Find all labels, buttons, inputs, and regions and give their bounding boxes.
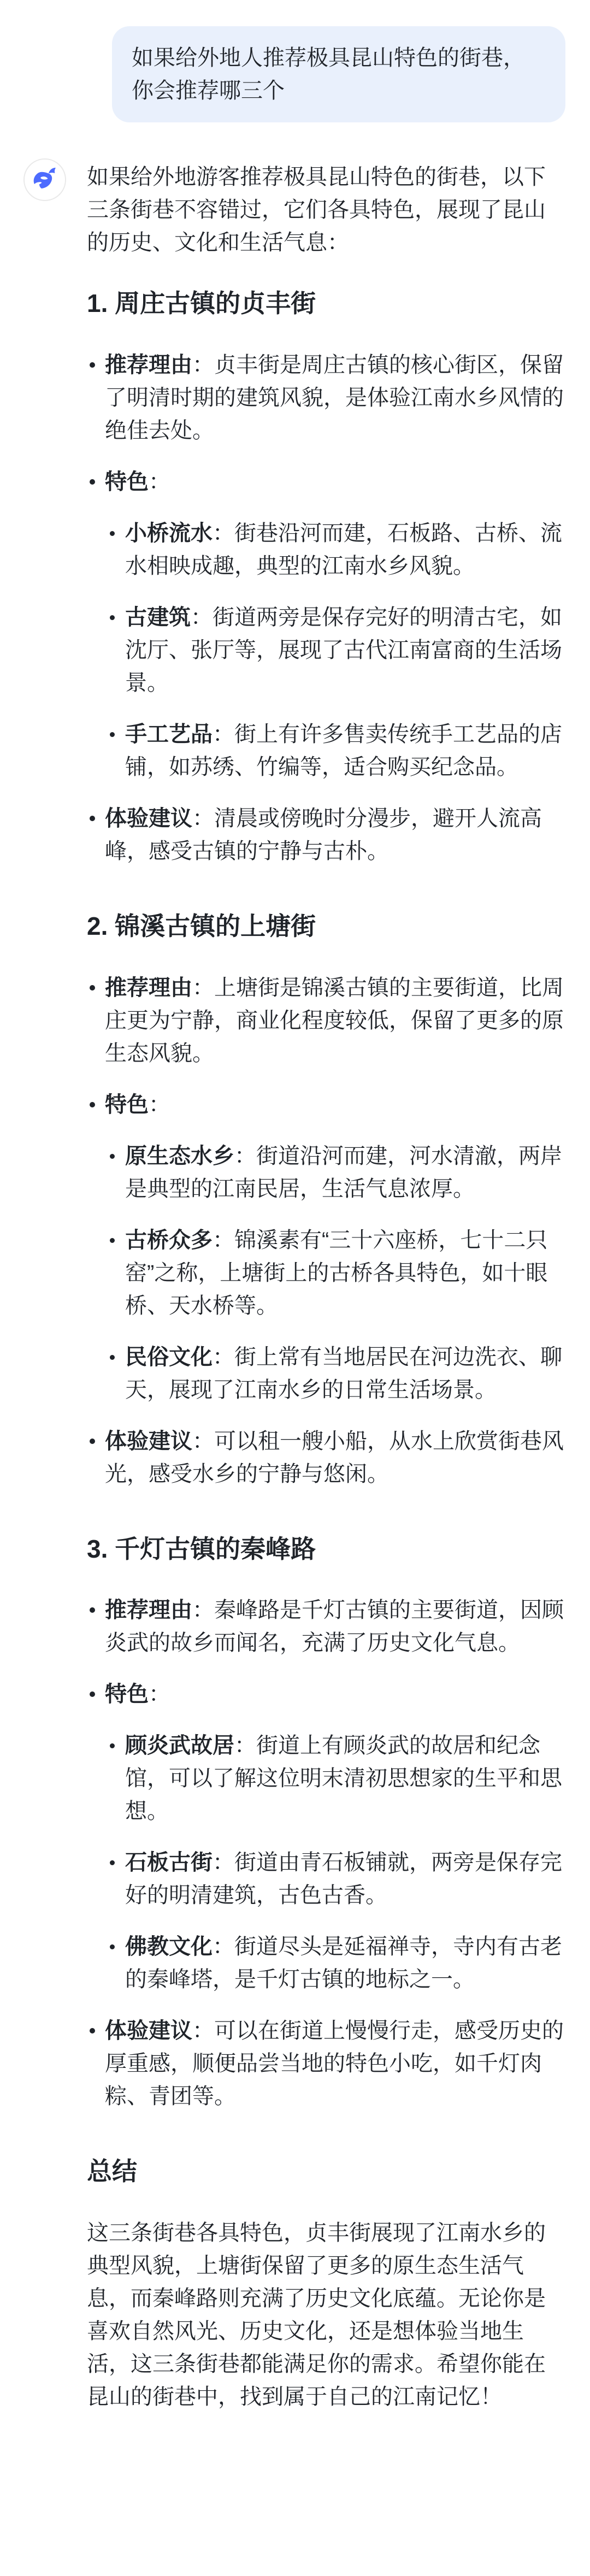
assistant-avatar bbox=[23, 158, 66, 201]
bullet-label: 推荐理由 bbox=[105, 353, 192, 377]
bullet-item: 体验建议：清晨或傍晚时分漫步，避开人流高峰，感受古镇的宁静与古朴。 bbox=[105, 802, 565, 868]
sub-bullet-list: 顾炎武故居：街道上有顾炎武的故居和纪念馆，可以了解这位明末清初思想家的生平和思想… bbox=[105, 1729, 565, 1996]
bullet-label: 石板古街 bbox=[125, 1850, 213, 1874]
user-message-text: 如果给外地人推荐极具昆山特色的街巷，你会推荐哪三个 bbox=[132, 46, 525, 103]
user-message-row: 如果给外地人推荐极具昆山特色的街巷，你会推荐哪三个 bbox=[23, 26, 565, 122]
sub-bullet-item: 石板古街：街道由青石板铺就，两旁是保存完好的明清建筑，古色古香。 bbox=[125, 1846, 565, 1912]
bullet-label: 体验建议 bbox=[105, 1429, 192, 1453]
assistant-message: 如果给外地游客推荐极具昆山特色的街巷，以下三条街巷不容错过，它们各具特色，展现了… bbox=[87, 161, 565, 2413]
bullet-label: 古桥众多 bbox=[125, 1228, 213, 1252]
sub-bullet-list: 小桥流水：街巷沿河而建，石板路、古桥、流水相映成趣，典型的江南水乡风貌。古建筑：… bbox=[105, 517, 565, 783]
bullet-list: 推荐理由：秦峰路是千灯古镇的主要街道，因顾炎武的故乡而闻名，充满了历史文化气息。… bbox=[87, 1594, 565, 2113]
bullet-list: 推荐理由：贞丰街是周庄古镇的核心街区，保留了明清时期的建筑风貌，是体验江南水乡风… bbox=[87, 349, 565, 868]
bullet-label: 手工艺品 bbox=[125, 722, 213, 746]
assistant-intro: 如果给外地游客推荐极具昆山特色的街巷，以下三条街巷不容错过，它们各具特色，展现了… bbox=[87, 161, 565, 259]
bullet-label: 特色 bbox=[105, 470, 149, 494]
bullet-label: 原生态水乡 bbox=[125, 1144, 234, 1168]
sub-bullet-item: 顾炎武故居：街道上有顾炎武的故居和纪念馆，可以了解这位明末清初思想家的生平和思想… bbox=[125, 1729, 565, 1828]
bullet-item: 推荐理由：秦峰路是千灯古镇的主要街道，因顾炎武的故乡而闻名，充满了历史文化气息。 bbox=[105, 1594, 565, 1659]
bullet-item: 推荐理由：上塘街是锦溪古镇的主要街道，比周庄更为宁静，商业化程度较低，保留了更多… bbox=[105, 971, 565, 1070]
bullet-item: 特色：顾炎武故居：街道上有顾炎武的故居和纪念馆，可以了解这位明末清初思想家的生平… bbox=[105, 1678, 565, 1996]
assistant-message-row: 如果给外地游客推荐极具昆山特色的街巷，以下三条街巷不容错过，它们各具特色，展现了… bbox=[23, 161, 565, 2413]
bullet-label: 小桥流水 bbox=[125, 521, 213, 545]
bullet-list: 推荐理由：上塘街是锦溪古镇的主要街道，比周庄更为宁静，商业化程度较低，保留了更多… bbox=[87, 971, 565, 1490]
bullet-label: 推荐理由 bbox=[105, 1598, 192, 1622]
bullet-item: 推荐理由：贞丰街是周庄古镇的核心街区，保留了明清时期的建筑风貌，是体验江南水乡风… bbox=[105, 349, 565, 447]
sub-bullet-list: 原生态水乡：街道沿河而建，河水清澈，两岸是典型的江南民居，生活气息浓厚。古桥众多… bbox=[105, 1140, 565, 1406]
summary-paragraph: 这三条街巷各具特色，贞丰街展现了江南水乡的典型风貌，上塘街保留了更多的原生态生活… bbox=[87, 2217, 565, 2413]
bullet-label: 特色 bbox=[105, 1682, 149, 1706]
bullet-label: 顾炎武故居 bbox=[125, 1734, 234, 1758]
bullet-text: ： bbox=[149, 1093, 170, 1117]
sub-bullet-item: 民俗文化：街上常有当地居民在河边洗衣、聊天，展现了江南水乡的日常生活场景。 bbox=[125, 1341, 565, 1406]
summary-heading: 总结 bbox=[87, 2155, 565, 2188]
sub-bullet-item: 原生态水乡：街道沿河而建，河水清澈，两岸是典型的江南民居，生活气息浓厚。 bbox=[125, 1140, 565, 1205]
bullet-item: 特色：小桥流水：街巷沿河而建，石板路、古桥、流水相映成趣，典型的江南水乡风貌。古… bbox=[105, 465, 565, 783]
sub-bullet-item: 古桥众多：锦溪素有“三十六座桥，七十二只窑”之称，上塘街上的古桥各具特色，如十眼… bbox=[125, 1224, 565, 1322]
section-heading: 2. 锦溪古镇的上塘街 bbox=[87, 910, 565, 943]
bullet-text: ：街道两旁是保存完好的明清古宅，如沈厅、张厅等，展现了古代江南富商的生活场景。 bbox=[125, 605, 562, 695]
bullet-label: 推荐理由 bbox=[105, 976, 192, 1000]
bullet-text: ： bbox=[149, 1682, 170, 1706]
bullet-label: 体验建议 bbox=[105, 2019, 192, 2043]
bullet-label: 特色 bbox=[105, 1093, 149, 1117]
bullet-item: 体验建议：可以在街道上慢慢行走，感受历史的厚重感，顺便品尝当地的特色小吃，如千灯… bbox=[105, 2014, 565, 2113]
bullet-item: 特色：原生态水乡：街道沿河而建，河水清澈，两岸是典型的江南民居，生活气息浓厚。古… bbox=[105, 1088, 565, 1406]
section-heading: 1. 周庄古镇的贞丰街 bbox=[87, 287, 565, 320]
chat-page: 如果给外地人推荐极具昆山特色的街巷，你会推荐哪三个 如果给外地游客推荐极具昆山特… bbox=[0, 0, 590, 2576]
assistant-sections: 1. 周庄古镇的贞丰街推荐理由：贞丰街是周庄古镇的核心街区，保留了明清时期的建筑… bbox=[87, 287, 565, 2113]
sub-bullet-item: 佛教文化：街道尽头是延福禅寺，寺内有古老的秦峰塔，是千灯古镇的地标之一。 bbox=[125, 1930, 565, 1996]
bullet-label: 佛教文化 bbox=[125, 1935, 213, 1959]
sub-bullet-item: 小桥流水：街巷沿河而建，石板路、古桥、流水相映成趣，典型的江南水乡风貌。 bbox=[125, 517, 565, 582]
bullet-item: 体验建议：可以租一艘小船，从水上欣赏街巷风光，感受水乡的宁静与悠闲。 bbox=[105, 1425, 565, 1490]
bullet-text: ： bbox=[149, 470, 170, 494]
bullet-label: 体验建议 bbox=[105, 806, 192, 830]
user-message-bubble: 如果给外地人推荐极具昆山特色的街巷，你会推荐哪三个 bbox=[112, 26, 565, 122]
bullet-label: 民俗文化 bbox=[125, 1345, 213, 1369]
section-heading: 3. 千灯古镇的秦峰路 bbox=[87, 1533, 565, 1566]
deepseek-whale-icon bbox=[31, 166, 58, 193]
bullet-label: 古建筑 bbox=[125, 605, 191, 629]
sub-bullet-item: 手工艺品：街上有许多售卖传统手工艺品的店铺，如苏绣、竹编等，适合购买纪念品。 bbox=[125, 718, 565, 783]
sub-bullet-item: 古建筑：街道两旁是保存完好的明清古宅，如沈厅、张厅等，展现了古代江南富商的生活场… bbox=[125, 601, 565, 699]
